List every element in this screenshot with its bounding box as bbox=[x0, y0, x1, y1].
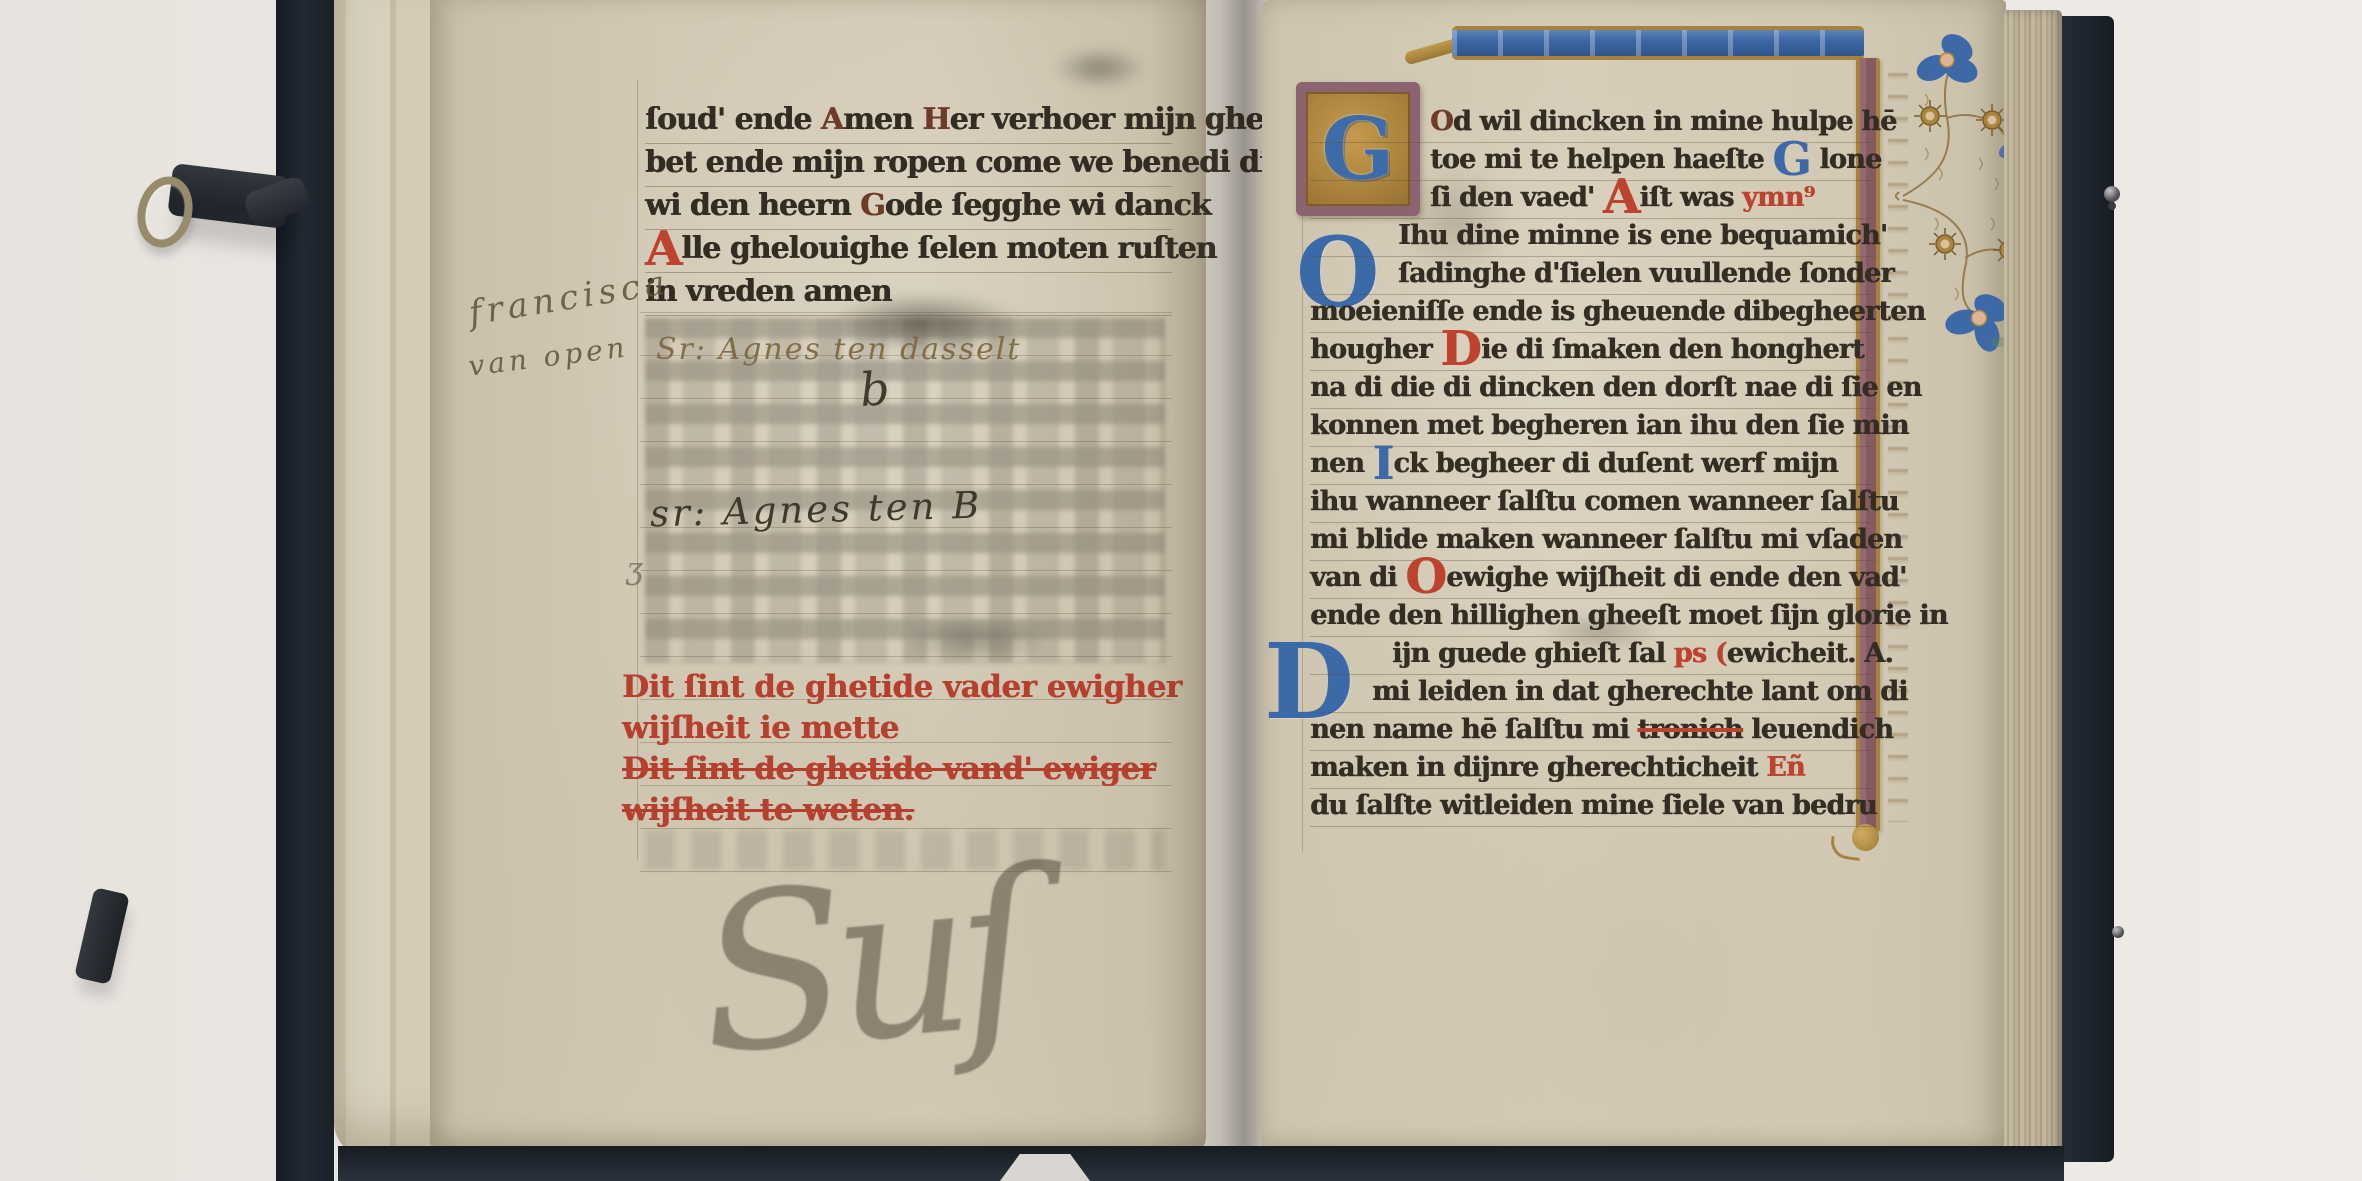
text-segment: maken in dijnre gherechticheit bbox=[1310, 752, 1766, 783]
rubric-line: Dit ſint de ghetide vader ewigher bbox=[622, 668, 1184, 709]
text-segment: ſi den vaed' bbox=[1430, 182, 1603, 213]
manuscript-text-line: Alle ghelouighe ſelen moten ruſten bbox=[645, 229, 1172, 272]
manuscript-photo: ſoud' ende Amen Her verhoer mijn ghebet … bbox=[0, 0, 2362, 1181]
segment-rt: O bbox=[1430, 106, 1453, 137]
manuscript-text-line: wi den heern Gode ſegghe wi danck bbox=[645, 186, 1172, 229]
decorated-header-bar bbox=[1452, 26, 1864, 60]
rubric-line: wijſheit ie mette bbox=[622, 709, 1184, 750]
text-segment: wijſheit ie mette bbox=[622, 710, 899, 746]
text-segment: du ſalſte witleiden mine ſiele van bedru bbox=[1310, 790, 1877, 821]
segment-init-blue: I bbox=[1373, 436, 1394, 490]
lower-clasp-strap bbox=[74, 887, 130, 985]
inscription-owner: Sr: Agnes ten dasselt bbox=[656, 332, 1021, 367]
manuscript-text-line: mi blide maken wanneer ſalſtu mi vſaden bbox=[1310, 522, 1876, 560]
manuscript-text-line: ſi den vaed' Aiſt was ymn⁹ bbox=[1310, 180, 1876, 218]
inscription-letter-mark: b bbox=[858, 361, 891, 417]
text-segment: ſadinghe d'ſielen vuullende ſonder bbox=[1398, 258, 1894, 289]
text-segment: ende den hillighen gheeſt moet ſijn glor… bbox=[1310, 600, 1947, 631]
text-segment: ijn guede ghieſt ſal bbox=[1392, 638, 1674, 669]
manuscript-text-line: in vreden amen bbox=[645, 272, 1172, 315]
manuscript-text-line: van di Oewighe wijſheit di ende den vad' bbox=[1310, 560, 1876, 598]
pen-squiggle-mark: ʒ bbox=[626, 552, 643, 587]
pen-trial-flourish: Suſ bbox=[690, 824, 1034, 1102]
text-segment: nen name hē ſalſtu mi bbox=[1310, 714, 1637, 745]
text-segment: lle ghelouighe ſelen moten ruſten bbox=[681, 231, 1216, 266]
segment-init-red: D bbox=[1440, 321, 1481, 377]
segment-red: ps ( bbox=[1674, 638, 1727, 669]
manuscript-text-line: toe mi te helpen haeſte G lone bbox=[1310, 142, 1876, 180]
manuscript-text-line: du ſalſte witleiden mine ſiele van bedru bbox=[1310, 788, 1876, 826]
manuscript-text-line: konnen met begheren ian ihu den ſie min bbox=[1310, 408, 1876, 446]
bottom-cover-edge bbox=[338, 1146, 2064, 1181]
text-segment: lone bbox=[1811, 144, 1881, 175]
manuscript-text-line: mi leiden in dat gherechte lant om di bbox=[1310, 674, 1876, 712]
manuscript-text-line: Ihu dine minne is ene bequamich' bbox=[1310, 218, 1876, 256]
rubric-line: Dit ſint de ghetide vand' ewiger bbox=[622, 750, 1184, 791]
text-segment: men bbox=[843, 102, 922, 137]
manuscript-text-line: ſoud' ende Amen Her verhoer mijn ghe bbox=[645, 100, 1172, 143]
manuscript-text-line: hougher Die di ſmaken den honghert bbox=[1310, 332, 1876, 370]
ink-smudge bbox=[1052, 46, 1148, 90]
text-segment: mi blide maken wanneer ſalſtu mi vſaden bbox=[1310, 524, 1902, 555]
right-page-text-block: Od wil dincken in mine hulpe hētoe mi te… bbox=[1310, 104, 1876, 826]
inscription-owner-2: sr: Agnes ten B bbox=[649, 484, 982, 536]
segment-rt: G bbox=[860, 188, 885, 223]
manuscript-text-line: ſadinghe d'ſielen vuullende ſonder bbox=[1310, 256, 1876, 294]
text-segment: Dit ſint de ghetide vader ewigher bbox=[622, 669, 1182, 705]
text-segment: ihu wanneer ſalſtu comen wanneer ſalſtu bbox=[1310, 486, 1898, 517]
manuscript-text-line: maken in dijnre gherechticheit Eñ bbox=[1310, 750, 1876, 788]
manuscript-text-line: ihu wanneer ſalſtu comen wanneer ſalſtu bbox=[1310, 484, 1876, 522]
segment-rt: H bbox=[922, 102, 949, 137]
text-segment: wijſheit te weten. bbox=[622, 792, 914, 828]
text-segment: mi leiden in dat gherechte lant om di bbox=[1372, 676, 1908, 707]
segment-init-blue: G bbox=[1772, 132, 1810, 186]
rubric-line: wijſheit te weten. bbox=[622, 791, 1184, 832]
text-segment: moeieniſſe ende is gheuende dibegheerten bbox=[1310, 296, 1925, 327]
cover-stud-pin-icon bbox=[2112, 926, 2124, 938]
segment-rt: A bbox=[821, 102, 843, 137]
text-segment: nen bbox=[1310, 448, 1373, 479]
text-segment: iſt was bbox=[1639, 182, 1742, 213]
text-segment: konnen met begheren ian ihu den ſie min bbox=[1310, 410, 1908, 441]
text-segment: in vreden amen bbox=[645, 274, 891, 309]
text-segment: ſoud' ende bbox=[645, 102, 821, 137]
text-segment: wi den heern bbox=[645, 188, 860, 223]
text-segment: hougher bbox=[1310, 334, 1440, 365]
rubric-block: Dit ſint de ghetide vader ewigherwijſhei… bbox=[622, 668, 1184, 832]
manuscript-text-line: ende den hillighen gheeſt moet ſijn glor… bbox=[1310, 598, 1876, 636]
manuscript-text-line: ijn guede ghieſt ſal ps (ewicheit. A. bbox=[1310, 636, 1876, 674]
segment-red: Eñ bbox=[1766, 752, 1805, 783]
text-segment: na di die di dincken den dorſt nae di ſi… bbox=[1310, 372, 1921, 403]
text-segment: d wil dincken in mine hulpe hē bbox=[1453, 106, 1897, 137]
manuscript-text-line: nen Ick begheer di duſent werf mijn bbox=[1310, 446, 1876, 484]
manuscript-text-line: nen name hē ſalſtu mi tronich leuendich bbox=[1310, 712, 1876, 750]
text-segment: ewighe wijſheit di ende den vad' bbox=[1446, 562, 1906, 593]
text-segment: Dit ſint de ghetide vand' ewiger bbox=[622, 751, 1155, 787]
left-page-text-block: ſoud' ende Amen Her verhoer mijn ghebet … bbox=[645, 100, 1172, 315]
fore-edge-page-stack bbox=[2004, 10, 2062, 1158]
text-segment: van di bbox=[1310, 562, 1405, 593]
text-segment: leuendich bbox=[1743, 714, 1893, 745]
tendril-stems bbox=[1895, 66, 2015, 316]
manuscript-text-line: moeieniſſe ende is gheuende dibegheerten bbox=[1310, 294, 1876, 332]
manuscript-text-line: na di die di dincken den dorſt nae di ſi… bbox=[1310, 370, 1876, 408]
segment-red: ymn⁹ bbox=[1742, 182, 1815, 213]
text-segment: ck begheer di duſent werf mijn bbox=[1393, 448, 1837, 479]
text-segment: toe mi te helpen haeſte bbox=[1430, 144, 1772, 175]
segment-init-red: O bbox=[1405, 549, 1446, 605]
segment-struck-red: tronich bbox=[1637, 714, 1742, 745]
manuscript-text-line: bet ende mijn ropen come we benedi di bbox=[645, 143, 1172, 186]
cover-stud-pin-icon bbox=[2104, 186, 2120, 202]
text-segment: ie di ſmaken den honghert bbox=[1481, 334, 1864, 365]
segment-init-red: A bbox=[1603, 169, 1639, 225]
text-segment: Ihu dine minne is ene bequamich' bbox=[1398, 220, 1887, 251]
text-segment: ewicheit. A. bbox=[1727, 638, 1893, 669]
